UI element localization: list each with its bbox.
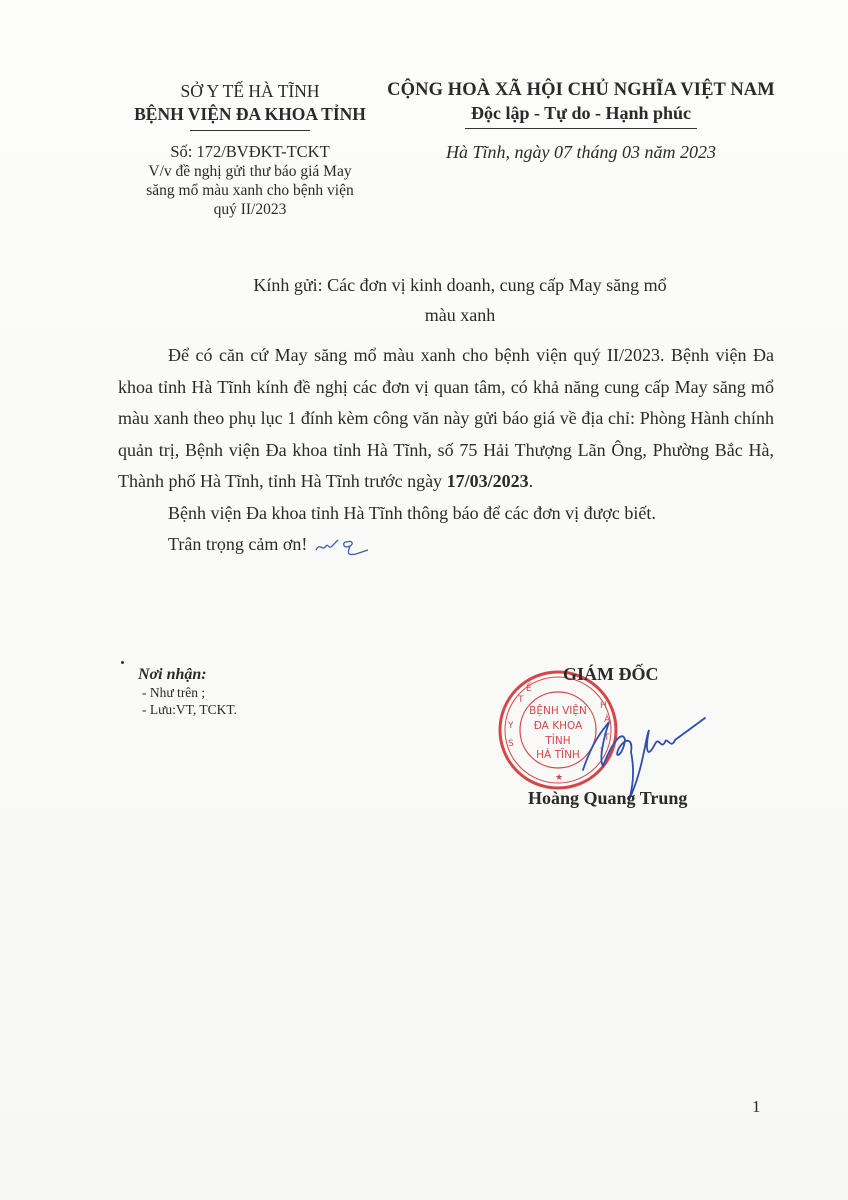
header-right: CỘNG HOÀ XÃ HỘI CHỦ NGHĨA VIỆT NAM Độc l… bbox=[376, 78, 786, 163]
agency-name: SỞ Y TẾ HÀ TĨNH bbox=[100, 80, 400, 102]
paragraph-notice: Bệnh viện Đa khoa tỉnh Hà Tĩnh thông báo… bbox=[118, 498, 774, 530]
document-page: SỞ Y TẾ HÀ TĨNH BỆNH VIỆN ĐA KHOA TỈNH S… bbox=[0, 0, 848, 1200]
page-number: 1 bbox=[752, 1097, 761, 1117]
paragraph-thanks: Trân trọng cảm ơn! bbox=[118, 529, 774, 561]
svg-text:★: ★ bbox=[555, 773, 563, 783]
subject-line: săng mổ màu xanh cho bệnh viện bbox=[100, 181, 400, 200]
svg-text:Ế: Ế bbox=[526, 682, 532, 694]
header-left: SỞ Y TẾ HÀ TĨNH BỆNH VIỆN ĐA KHOA TỈNH S… bbox=[100, 80, 400, 219]
signer-title: GIÁM ĐỐC bbox=[563, 664, 659, 685]
recipient-line-1: Kính gửi: Các đơn vị kinh doanh, cung cấ… bbox=[190, 270, 730, 300]
svg-text:TỈNH: TỈNH bbox=[544, 733, 570, 747]
divider bbox=[465, 128, 697, 129]
recipient-item: - Lưu:VT, TCKT. bbox=[138, 701, 237, 718]
nation-title: CỘNG HOÀ XÃ HỘI CHỦ NGHĨA VIỆT NAM bbox=[376, 78, 786, 102]
national-motto: Độc lập - Tự do - Hạnh phúc bbox=[376, 102, 786, 124]
deadline-date: 17/03/2023 bbox=[447, 471, 529, 491]
initials-signature-icon bbox=[312, 534, 372, 558]
recipient-line: Kính gửi: Các đơn vị kinh doanh, cung cấ… bbox=[190, 270, 730, 330]
paragraph-text: Để có căn cứ May săng mổ màu xanh cho bệ… bbox=[118, 345, 774, 491]
place-date: Hà Tĩnh, ngày 07 tháng 03 năm 2023 bbox=[376, 141, 786, 163]
paragraph-request: Để có căn cứ May săng mổ màu xanh cho bệ… bbox=[118, 340, 774, 498]
hospital-name: BỆNH VIỆN ĐA KHOA TỈNH bbox=[100, 102, 400, 126]
letter-body: Để có căn cứ May săng mổ màu xanh cho bệ… bbox=[118, 340, 774, 561]
bullet-dot bbox=[121, 661, 124, 664]
subject-line: V/v đề nghị gửi thư báo giá May bbox=[100, 162, 400, 181]
thanks-text: Trân trọng cảm ơn! bbox=[168, 534, 307, 554]
svg-text:Y: Y bbox=[507, 721, 514, 731]
signer-name: Hoàng Quang Trung bbox=[528, 788, 687, 809]
recipients-title: Nơi nhận: bbox=[138, 666, 237, 684]
paragraph-end: . bbox=[529, 471, 534, 491]
recipient-line-2: màu xanh bbox=[190, 300, 730, 330]
subject-line: quý II/2023 bbox=[100, 200, 400, 219]
document-number: Số: 172/BVĐKT-TCKT bbox=[100, 142, 400, 162]
svg-text:S: S bbox=[508, 739, 514, 749]
svg-text:T: T bbox=[517, 695, 524, 705]
divider bbox=[190, 130, 310, 131]
recipients-block: Nơi nhận: - Như trên ; - Lưu:VT, TCKT. bbox=[138, 666, 237, 718]
recipient-item: - Như trên ; bbox=[138, 684, 237, 701]
